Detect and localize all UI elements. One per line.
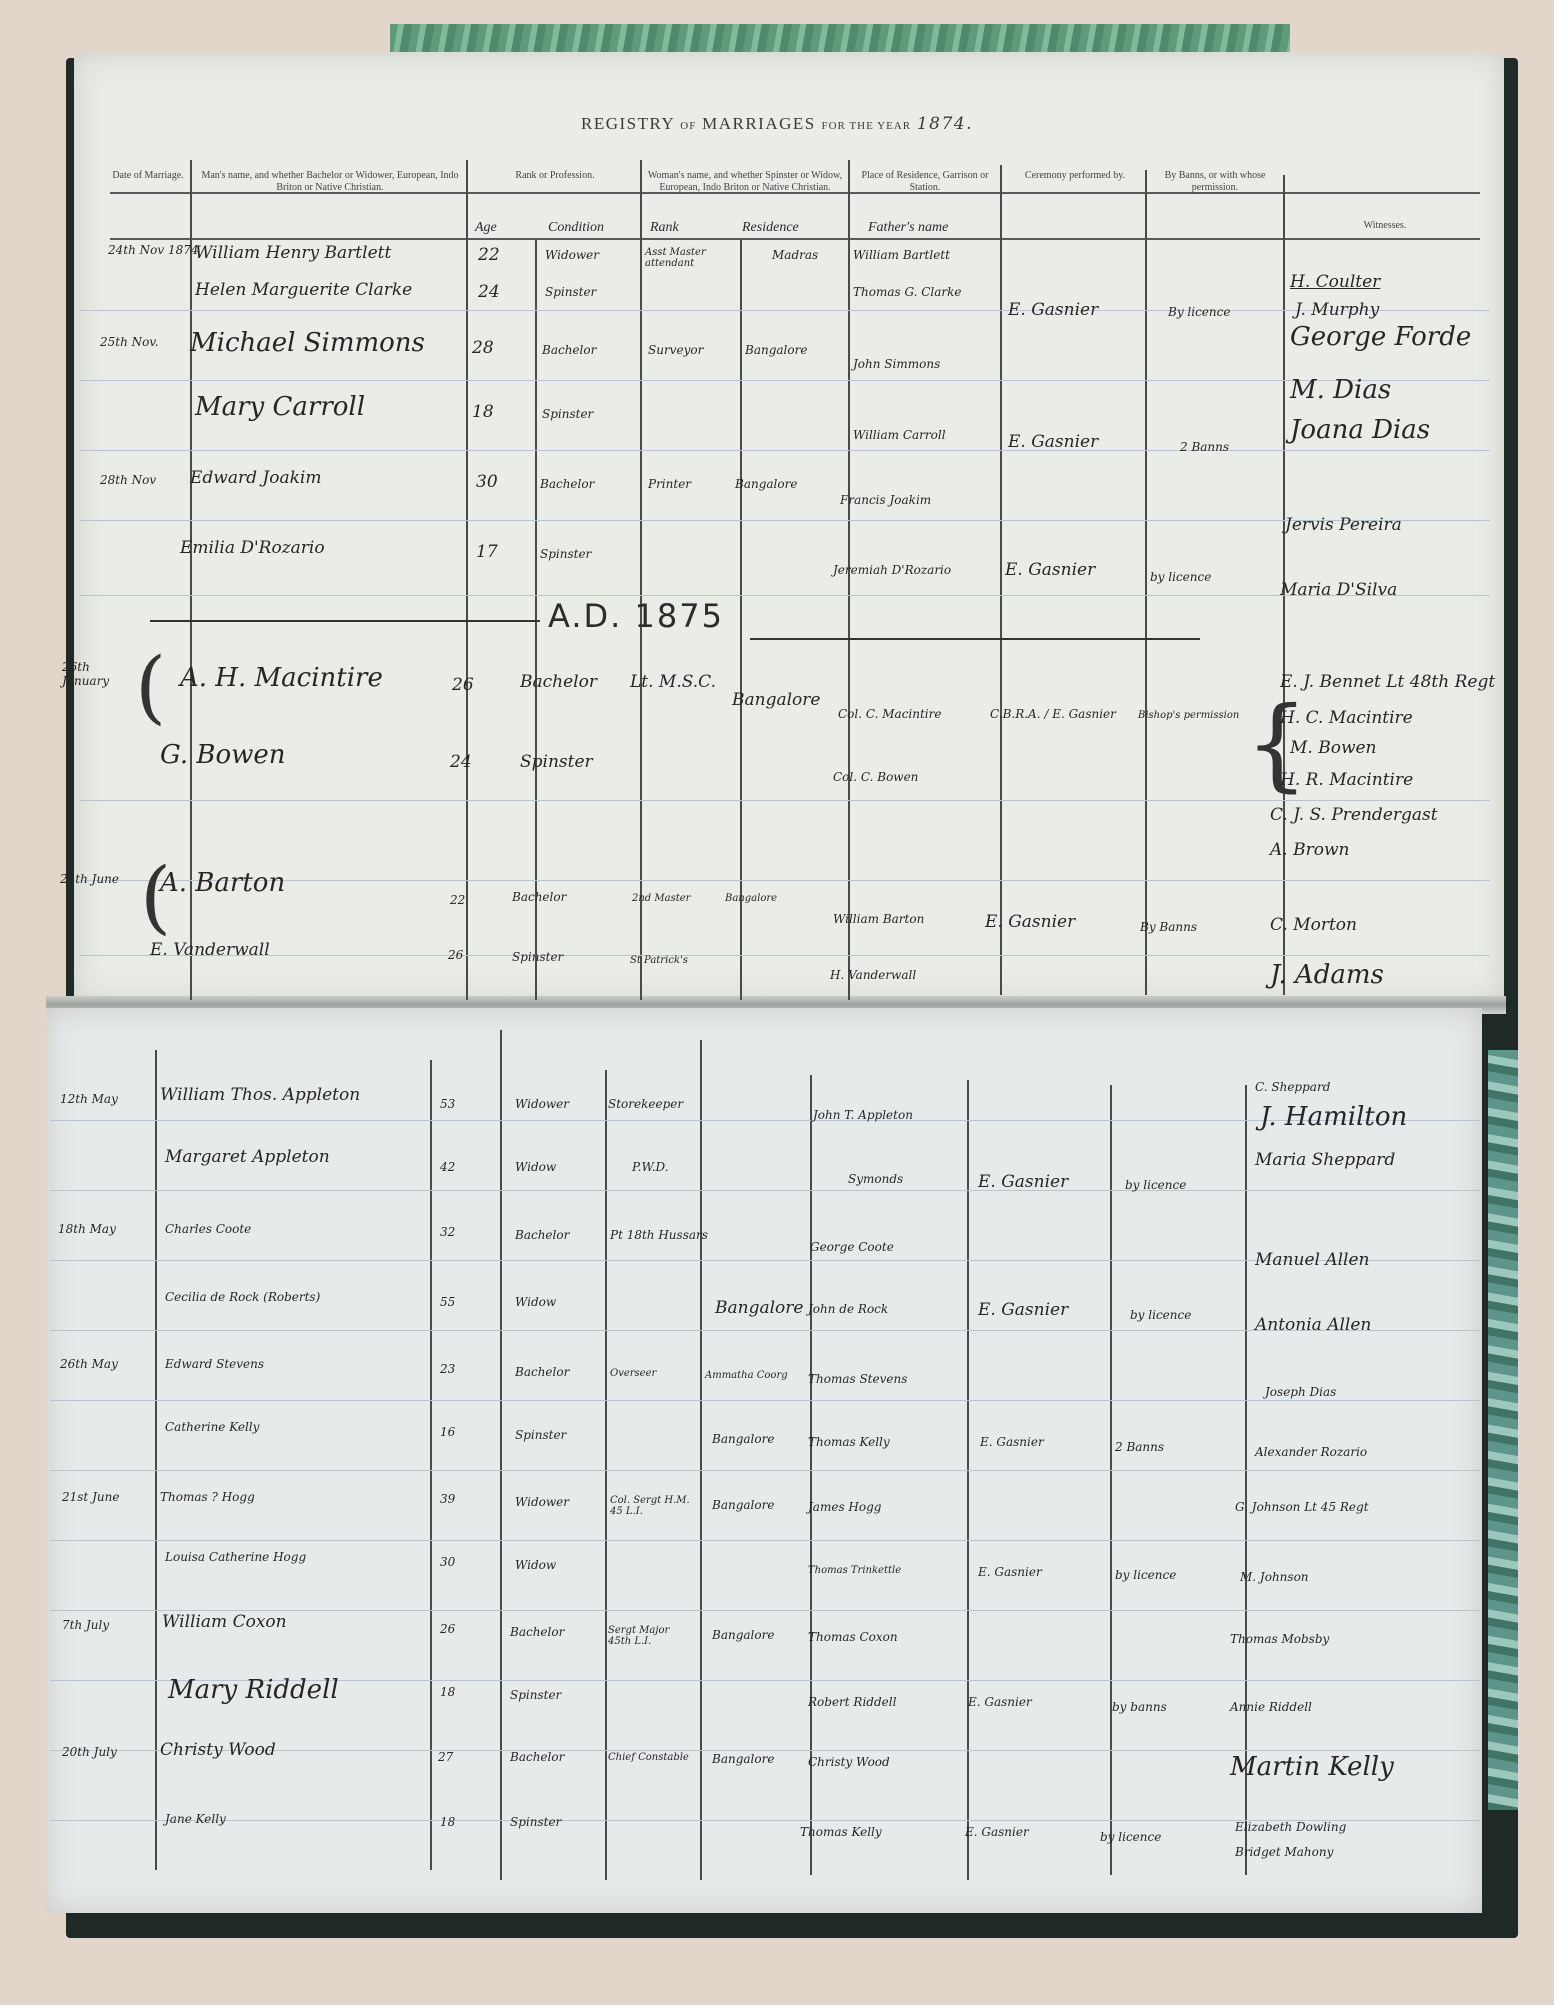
ruled-line [80,450,1490,451]
witness: Maria D'Silva [1280,580,1397,600]
groom-name: Edward Stevens [165,1357,264,1371]
entry-date: 21st June [62,1490,119,1504]
title-year: 1874. [917,114,973,134]
bride-condition: Spinster [520,752,593,772]
banns-permission: by licence [1100,1830,1161,1844]
banns-permission: 2 Banns [1115,1440,1164,1454]
bride-father: H. Vanderwall [830,968,916,982]
banns-permission: Bishop's permission [1138,710,1239,721]
ceremony-performer: E. Gasnier [965,1825,1029,1839]
ceremony-performer: C.B.R.A. / E. Gasnier [990,707,1116,721]
bride-name: Mary Riddell [168,1675,339,1705]
ruled-line [80,310,1490,311]
page-title: REGISTRY OF MARRIAGES FOR THE YEAR 1874. [0,114,1554,134]
column-divider [1145,170,1147,995]
header-bottom-rule [110,238,1480,240]
bride-father: Thomas Kelly [800,1825,882,1839]
marbled-edge-right [1488,1050,1518,1810]
col-header-ceremony: Ceremony performed by. [1005,170,1145,182]
witness: Manuel Allen [1255,1250,1370,1270]
groom-condition: Bachelor [510,1750,564,1764]
bride-father: Thomas Kelly [808,1435,890,1449]
groom-name: Christy Wood [160,1740,276,1760]
groom-condition: Bachelor [515,1228,569,1242]
groom-rank: Surveyor [648,343,703,357]
ruled-line [50,1190,1480,1191]
groom-rank: Storekeeper [608,1097,683,1111]
groom-age: 30 [476,472,498,492]
bride-age: 42 [440,1160,455,1174]
witness: J. Adams [1270,960,1384,990]
groom-father: John T. Appleton [813,1108,913,1122]
bride-residence: Bangalore [712,1432,774,1446]
column-divider [1110,1085,1112,1875]
entry-date: 12th May [60,1092,118,1106]
groom-father: Francis Joakim [840,493,931,507]
bride-condition: Spinster [545,285,596,299]
bride-father: Robert Riddell [808,1695,896,1709]
column-divider [1000,165,1002,995]
groom-residence: Bangalore [735,477,797,491]
groom-condition: Widower [515,1495,569,1509]
groom-age: 28 [472,338,494,358]
ceremony-performer: E. Gasnier [1008,432,1098,452]
groom-condition: Bachelor [520,672,597,692]
ruled-line [50,1470,1480,1471]
groom-father: Christy Wood [808,1755,890,1769]
bride-age: 24 [478,282,500,302]
groom-condition: Bachelor [542,343,596,357]
subheader-age: Age [475,220,497,236]
groom-rank: Printer [648,477,691,491]
groom-father: Thomas Stevens [808,1372,907,1386]
witness: Antonia Allen [1255,1315,1371,1335]
ceremony-performer: E. Gasnier [1005,560,1095,580]
groom-condition: Bachelor [540,477,594,491]
bride-age: 55 [440,1295,455,1309]
groom-rank: Lt. M.S.C. [630,672,716,692]
bride-condition: Widow [515,1558,556,1572]
year-separator-left [150,620,540,622]
title-word-for-year: FOR THE YEAR [821,120,911,132]
entry-date: 26th January [62,660,132,688]
bride-age: 24 [450,752,472,772]
bride-father: William Carroll [853,428,946,442]
witness: Martin Kelly [1230,1752,1394,1782]
groom-condition: Bachelor [515,1365,569,1379]
witness: J. Hamilton [1260,1102,1407,1132]
bride-condition: Spinster [512,950,563,964]
groom-rank: Asst Master attendant [645,247,730,269]
banns-permission: by licence [1130,1308,1191,1322]
banns-permission: by licence [1115,1568,1176,1582]
witness: Joana Dias [1290,415,1430,445]
bride-condition: Widow [515,1160,556,1174]
bride-age: 26 [448,948,463,962]
entry-date: 18th May [58,1222,116,1236]
ruled-line [50,1540,1480,1541]
witness: Joseph Dias [1265,1385,1336,1399]
groom-age: 32 [440,1225,455,1239]
subheader-fathers-name: Father's name [868,220,948,236]
groom-rank: Pt 18th Hussars [610,1228,708,1242]
witness: Maria Sheppard [1255,1150,1395,1170]
groom-father: Col. C. Macintire [838,707,941,721]
groom-residence: Bangalore [725,893,777,904]
groom-residence: Bangalore [745,343,807,357]
col-header-witnesses: Witnesses. [1290,220,1480,232]
groom-age: 23 [440,1362,455,1376]
witness: H. C. Macintire [1280,708,1413,728]
witness: E. J. Bennet Lt 48th Regt [1280,672,1495,692]
bride-father: Col. C. Bowen [833,770,918,784]
col-header-rank: Rank or Profession. [470,170,640,182]
groom-age: 22 [450,893,465,907]
witness: George Forde [1290,322,1471,352]
witness: Thomas Mobsby [1230,1632,1329,1646]
bride-condition: Spinster [515,1428,566,1442]
groom-residence: Madras [772,248,818,262]
column-divider [967,1080,969,1880]
groom-condition: Widower [545,248,599,262]
groom-father: George Coote [810,1240,894,1254]
ceremony-performer: E. Gasnier [968,1695,1032,1709]
banns-permission: By Banns [1140,920,1197,934]
bride-condition: Spinster [542,407,593,421]
groom-name: A. H. Macintire [180,663,383,693]
groom-name: William Thos. Appleton [160,1085,360,1105]
ceremony-performer: E. Gasnier [978,1300,1068,1320]
ruled-line [80,595,1490,596]
entry-date: 28th Nov [100,473,156,487]
column-divider [700,1040,702,1880]
groom-father: John Simmons [853,357,940,371]
groom-rank: Sergt Major 45th L.I. [608,1625,693,1647]
ruled-line [80,955,1490,956]
bride-name: Emilia D'Rozario [180,538,325,558]
entry-date: 26th May [60,1357,118,1371]
bride-name: G. Bowen [160,740,286,770]
bride-father: Thomas G. Clarke [853,285,962,299]
entry-date: 25th Nov. [100,335,159,349]
groom-name: William Henry Bartlett [195,243,391,263]
bride-rank: St Patrick's [630,955,688,966]
witness: Jervis Pereira [1285,515,1402,535]
witness: Elizabeth Dowling [1235,1820,1346,1834]
subheader-residence: Residence [742,220,799,236]
banns-permission: by banns [1112,1700,1167,1714]
ceremony-performer: E. Gasnier [978,1172,1068,1192]
bride-condition: Widow [515,1295,556,1309]
bride-age: 18 [440,1685,455,1699]
ruled-line [80,520,1490,521]
column-divider [466,160,468,1000]
column-divider [155,1050,157,1870]
groom-age: 26 [452,675,474,695]
col-header-banns: By Banns, or with whose permission. [1150,170,1280,194]
banns-permission: By licence [1168,305,1230,319]
bride-condition: Spinster [540,547,591,561]
groom-name: Michael Simmons [190,328,425,358]
subheader-condition: Condition [548,220,604,236]
witness: Annie Riddell [1230,1700,1312,1714]
col-header-date: Date of Marriage. [108,170,188,182]
groom-age: 26 [440,1622,455,1636]
title-word-of: OF [680,120,696,132]
ceremony-performer: E. Gasnier [1008,300,1098,320]
groom-rank: Chief Constable [608,1752,689,1763]
bride-name: E. Vanderwall [150,940,270,960]
col-header-residence: Place of Residence, Garrison or Station. [850,170,1000,194]
witness: M. Dias [1290,375,1391,405]
bride-name: Louisa Catherine Hogg [165,1550,306,1564]
column-divider [500,1030,502,1880]
bride-age: 17 [476,542,498,562]
groom-rank: Overseer [610,1368,656,1379]
ceremony-performer: E. Gasnier [985,912,1075,932]
col-header-woman: Woman's name, and whether Spinster or Wi… [645,170,845,194]
ruled-line [50,1610,1480,1611]
bride-rank: P.W.D. [632,1160,669,1174]
groom-residence: Bangalore [712,1752,774,1766]
witness: C. J. S. Prendergast [1270,805,1438,825]
bride-father: Jeremiah D'Rozario [833,563,951,577]
column-divider [640,160,642,1000]
year-banner: A.D. 1875 [548,597,724,635]
witness: J. Murphy [1295,300,1379,320]
groom-name: A. Barton [160,868,285,898]
witness: A. Brown [1270,840,1349,860]
bride-name: Helen Marguerite Clarke [195,280,412,300]
bride-residence: Bangalore [715,1298,803,1318]
groom-rank: Col. Sergt H.M. 45 L.I. [610,1495,695,1517]
marbled-edge-top [390,24,1290,54]
groom-age: 22 [478,245,500,265]
bride-father: Symonds [848,1172,903,1186]
groom-residence: Bangalore [712,1498,774,1512]
witness: G. Johnson Lt 45 Regt [1235,1500,1369,1514]
ceremony-performer: E. Gasnier [978,1565,1042,1579]
bride-father: John de Rock [808,1302,888,1316]
groom-father: William Bartlett [853,248,950,262]
column-divider [430,1060,432,1870]
bride-name: Catherine Kelly [165,1420,259,1434]
witness: H. R. Macintire [1280,770,1413,790]
bride-name: Cecilia de Rock (Roberts) [165,1290,320,1304]
year-separator-right [750,638,1200,640]
col-header-man: Man's name, and whether Bachelor or Wido… [195,170,465,194]
groom-name: Thomas ? Hogg [160,1490,255,1504]
bride-age: 18 [440,1815,455,1829]
bride-name: Margaret Appleton [165,1147,330,1167]
groom-condition: Bachelor [510,1625,564,1639]
witness: Bridget Mahony [1235,1845,1333,1859]
groom-rank: 2nd Master [632,893,690,904]
bride-condition: Spinster [510,1688,561,1702]
groom-age: 39 [440,1492,455,1506]
witness: C. Morton [1270,915,1357,935]
groom-name: Edward Joakim [190,468,321,488]
witness: M. Bowen [1290,738,1377,758]
groom-age: 27 [438,1750,453,1764]
bride-name: Jane Kelly [165,1812,226,1826]
entry-date: 24th June [60,872,119,886]
bride-age: 30 [440,1555,455,1569]
witness: C. Sheppard [1255,1080,1330,1094]
subheader-rank: Rank [650,220,679,236]
ceremony-performer: E. Gasnier [980,1435,1044,1449]
bride-age: 16 [440,1425,455,1439]
groom-father: William Barton [833,912,924,926]
bride-condition: Spinster [510,1815,561,1829]
groom-residence: Bangalore [732,690,820,710]
witness: H. Coulter [1290,272,1380,292]
bride-father: Thomas Trinkettle [808,1565,901,1576]
banns-permission: by licence [1150,570,1211,584]
groom-condition: Widower [515,1097,569,1111]
entry-date: 7th July [62,1618,109,1632]
title-word-marriages: MARRIAGES [702,114,816,133]
title-word-registry: REGISTRY [581,114,675,133]
ruled-line [80,380,1490,381]
column-divider [848,160,850,1000]
column-divider [605,1070,607,1880]
groom-name: Charles Coote [165,1222,251,1236]
groom-residence: Bangalore [712,1628,774,1642]
bride-name: Mary Carroll [195,392,365,422]
ruled-line [50,1400,1480,1401]
banns-permission: by licence [1125,1178,1186,1192]
groom-condition: Bachelor [512,890,566,904]
ruled-line [80,880,1490,881]
groom-father: Thomas Coxon [808,1630,898,1644]
groom-father: James Hogg [808,1500,881,1514]
column-divider [740,240,742,1000]
entry-date: 20th July [62,1745,117,1759]
groom-age: 53 [440,1097,455,1111]
witness: Alexander Rozario [1255,1445,1367,1459]
banns-permission: 2 Banns [1180,440,1229,454]
entry-date: 24th Nov 1874 [108,243,199,257]
groom-name: William Coxon [162,1612,287,1632]
groom-residence: Ammatha Coorg [705,1370,788,1381]
witness: M. Johnson [1240,1570,1309,1584]
bride-age: 18 [472,402,494,422]
entry-brace: ( [135,640,166,733]
